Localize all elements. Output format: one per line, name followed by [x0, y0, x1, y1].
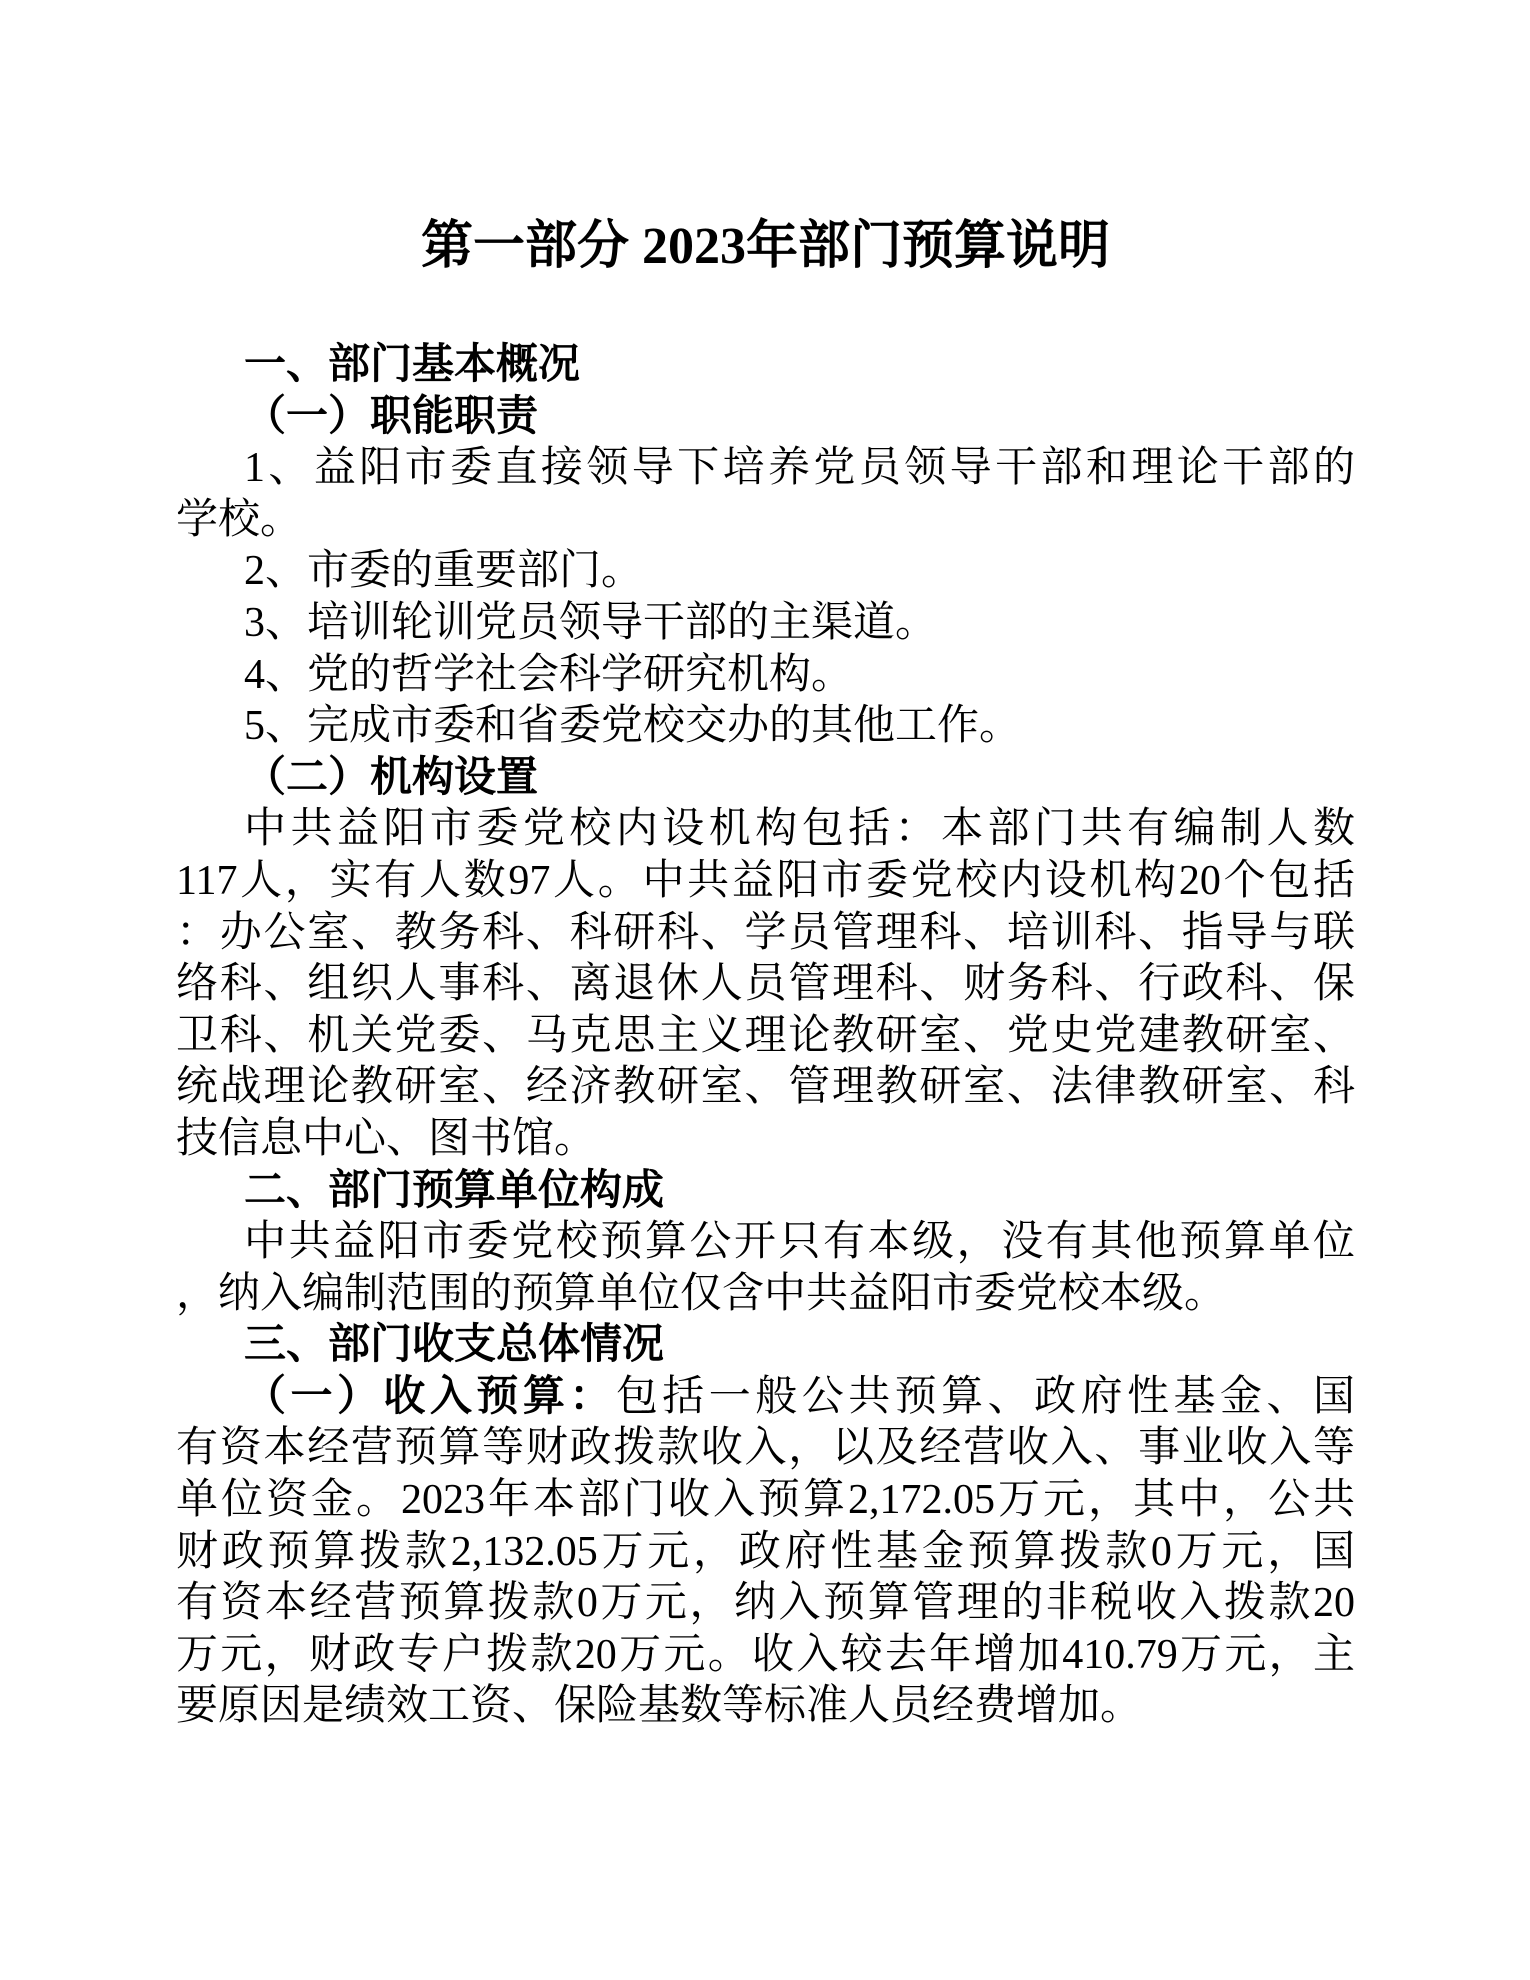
- income-paragraph-line-7: 要原因是绩效工资、保险基数等标准人员经费增加。: [176, 1681, 1355, 1733]
- income-line-1-text: 包括一般公共预算、政府性基金、国: [616, 1374, 1355, 1420]
- document-title: 第一部分 2023年部门预算说明: [176, 215, 1355, 279]
- heading-budget-units: 二、部门预算单位构成: [176, 1166, 1355, 1218]
- income-paragraph-line-3: 单位资金。2023年本部门收入预算2,172.05万元，其中，公共: [176, 1475, 1355, 1527]
- budget-document-page: 第一部分 2023年部门预算说明 一、部门基本概况 （一）职能职责 1、益阳市委…: [0, 0, 1530, 1980]
- budget-units-line-1: 中共益阳市委党校预算公开只有本级，没有其他预算单位: [176, 1217, 1355, 1269]
- org-paragraph-line-4: 络科、组织人事科、离退休人员管理科、财务科、行政科、保: [176, 959, 1355, 1011]
- income-paragraph-line-1: （一）收入预算：包括一般公共预算、政府性基金、国: [176, 1372, 1355, 1424]
- heading-overview: 一、部门基本概况: [176, 340, 1355, 392]
- heading-org-setup: （二）机构设置: [176, 753, 1355, 805]
- duty-item-3: 3、培训轮训党员领导干部的主渠道。: [176, 598, 1355, 650]
- duty-item-2: 2、市委的重要部门。: [176, 546, 1355, 598]
- duty-item-1-line-1: 1、益阳市委直接领导下培养党员领导干部和理论干部的: [176, 443, 1355, 495]
- org-paragraph-line-5: 卫科、机关党委、马克思主义理论教研室、党史党建教研室、: [176, 1011, 1355, 1063]
- duty-item-4: 4、党的哲学社会科学研究机构。: [176, 650, 1355, 702]
- org-paragraph-line-6: 统战理论教研室、经济教研室、管理教研室、法律教研室、科: [176, 1062, 1355, 1114]
- heading-income-expense-overview: 三、部门收支总体情况: [176, 1320, 1355, 1372]
- org-paragraph-line-3: ：办公室、教务科、科研科、学员管理科、培训科、指导与联: [176, 908, 1355, 960]
- org-paragraph-line-1: 中共益阳市委党校内设机构包括：本部门共有编制人数: [176, 804, 1355, 856]
- income-paragraph-line-4: 财政预算拨款2,132.05万元，政府性基金预算拨款0万元，国: [176, 1527, 1355, 1579]
- org-paragraph-line-7: 技信息中心、图书馆。: [176, 1114, 1355, 1166]
- budget-units-line-2: ，纳入编制范围的预算单位仅含中共益阳市委党校本级。: [176, 1269, 1355, 1321]
- income-paragraph-line-6: 万元，财政专户拨款20万元。收入较去年增加410.79万元，主: [176, 1630, 1355, 1682]
- heading-duties: （一）职能职责: [176, 392, 1355, 444]
- duty-item-1-line-2: 学校。: [176, 495, 1355, 547]
- duty-item-5: 5、完成市委和省委党校交办的其他工作。: [176, 701, 1355, 753]
- income-paragraph-line-5: 有资本经营预算拨款0万元，纳入预算管理的非税收入拨款20: [176, 1578, 1355, 1630]
- income-paragraph-line-2: 有资本经营预算等财政拨款收入，以及经营收入、事业收入等: [176, 1423, 1355, 1475]
- org-paragraph-line-2: 117人，实有人数97人。中共益阳市委党校内设机构20个包括: [176, 856, 1355, 908]
- income-lead-label: （一）收入预算：: [244, 1374, 616, 1420]
